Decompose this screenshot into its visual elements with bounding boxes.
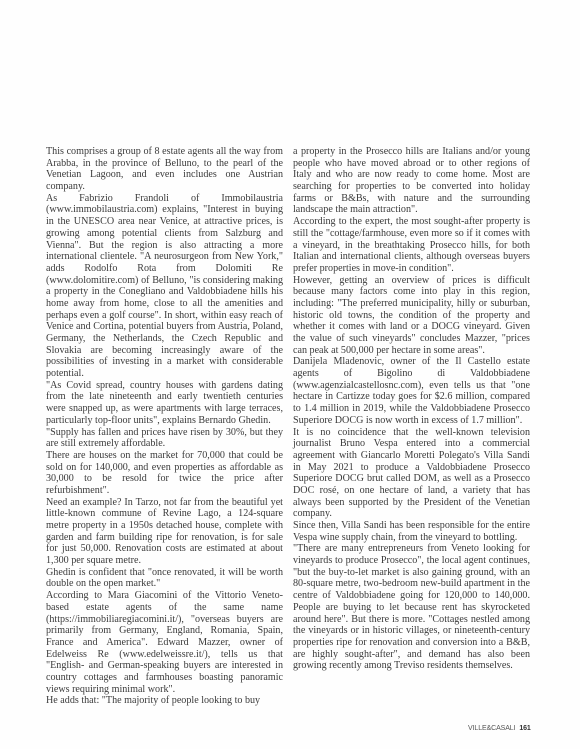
paragraph: "There are many entrepreneurs from Venet… xyxy=(293,543,530,672)
paragraph: This comprises a group of 8 estate agent… xyxy=(46,146,283,193)
paragraph: According to the expert, the most sought… xyxy=(293,216,530,274)
page-footer: VILLE&CASALI 161 xyxy=(468,725,531,732)
paragraph: "As Covid spread, country houses with ga… xyxy=(46,380,283,427)
paragraph: Danijela Mladenovic, owner of the Il Cas… xyxy=(293,356,530,426)
paragraph: According to Mara Giacomini of the Vitto… xyxy=(46,590,283,695)
paragraph: "Supply has fallen and prices have risen… xyxy=(46,427,283,450)
paragraph: There are houses on the market for 70,00… xyxy=(46,450,283,497)
paragraph: Since then, Villa Sandi has been respons… xyxy=(293,520,530,543)
magazine-name: VILLE&CASALI xyxy=(468,725,515,732)
paragraph: Ghedin is confident that "once renovated… xyxy=(46,567,283,590)
paragraph: He adds that: "The majority of people lo… xyxy=(46,695,283,707)
paragraph: a property in the Prosecco hills are Ita… xyxy=(293,146,530,216)
left-text-column: This comprises a group of 8 estate agent… xyxy=(46,146,283,707)
right-text-column: a property in the Prosecco hills are Ita… xyxy=(293,146,530,672)
magazine-page: This comprises a group of 8 estate agent… xyxy=(0,0,580,749)
paragraph: Need an example? In Tarzo, not far from … xyxy=(46,497,283,567)
paragraph: As Fabrizio Frandoli of Immobilaustria (… xyxy=(46,193,283,380)
paragraph: It is no coincidence that the well-known… xyxy=(293,427,530,521)
paragraph: However, getting an overview of prices i… xyxy=(293,275,530,357)
page-number: 161 xyxy=(519,725,530,732)
